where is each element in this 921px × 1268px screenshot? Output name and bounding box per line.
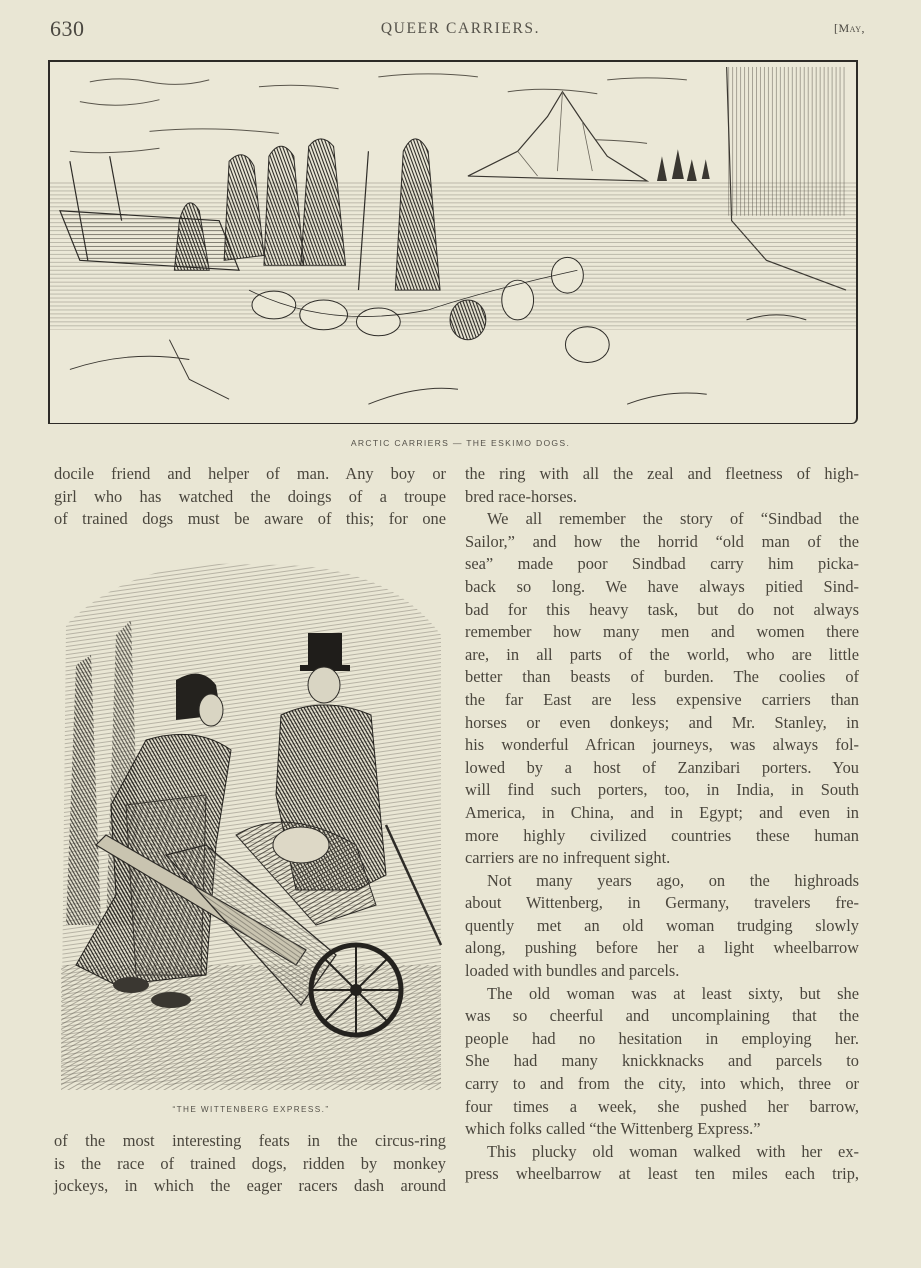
caption-wittenberg-express: “THE WITTENBERG EXPRESS.” bbox=[56, 1105, 446, 1114]
illustration-eskimo-dogs bbox=[48, 60, 858, 424]
text-line: The old woman was at least sixty, but sh… bbox=[465, 983, 859, 1006]
text-line: about Wittenberg, in Germany, travelers … bbox=[465, 892, 859, 915]
text-line: four times a week, she pushed her barrow… bbox=[465, 1096, 859, 1119]
text-line: carry to and from the city, into which, … bbox=[465, 1073, 859, 1096]
text-line: lowed by a host of Zanzibari porters. Yo… bbox=[465, 757, 859, 780]
text-line: of trained dogs must be aware of this; f… bbox=[54, 508, 446, 531]
text-line: better than beasts of burden. The coolie… bbox=[465, 666, 859, 689]
running-title: QUEER CARRIERS. bbox=[0, 20, 921, 38]
wittenberg-express-engraving-icon bbox=[56, 545, 446, 1097]
text-line: girl who has watched the doings of a tro… bbox=[54, 486, 446, 509]
text-line: will find such porters, too, in India, i… bbox=[465, 779, 859, 802]
text-line: She had many knickknacks and parcels to bbox=[465, 1050, 859, 1073]
text-line: We all remember the story of “Sindbad th… bbox=[465, 508, 859, 531]
text-line: America, in China, and in Egypt; and eve… bbox=[465, 802, 859, 825]
text-line: which folks called “the Wittenberg Expre… bbox=[465, 1118, 859, 1141]
text-line: the ring with all the zeal and fleetness… bbox=[465, 463, 859, 486]
text-line: quently met an old woman trudging slowly bbox=[465, 915, 859, 938]
text-line: the far East are less expensive carriers… bbox=[465, 689, 859, 712]
left-column-top: docile friend and helper of man. Any boy… bbox=[54, 463, 446, 531]
eskimo-dogs-engraving-icon bbox=[50, 62, 856, 423]
text-line: bad for this heavy task, but do not alwa… bbox=[465, 599, 859, 622]
text-line: are, in all parts of the world, who are … bbox=[465, 644, 859, 667]
right-column: the ring with all the zeal and fleetness… bbox=[465, 463, 859, 1186]
illustration-wittenberg-express bbox=[56, 545, 446, 1097]
text-line: people had no hesitation in employing he… bbox=[465, 1028, 859, 1051]
running-head: 630 QUEER CARRIERS. [May, bbox=[0, 14, 921, 44]
issue-month: [May, bbox=[834, 21, 865, 36]
text-line: Sailor,” and how the horrid “old man of … bbox=[465, 531, 859, 554]
text-line: more highly civilized countries these hu… bbox=[465, 825, 859, 848]
text-line: press wheelbarrow at least ten miles eac… bbox=[465, 1163, 859, 1186]
text-line: is the race of trained dogs, ridden by m… bbox=[54, 1153, 446, 1176]
text-line: remember how many men and women there bbox=[465, 621, 859, 644]
text-line: sea” made poor Sindbad carry him picka- bbox=[465, 553, 859, 576]
caption-eskimo-dogs: ARCTIC CARRIERS — THE ESKIMO DOGS. bbox=[0, 438, 921, 448]
text-line: Not many years ago, on the highroads bbox=[465, 870, 859, 893]
text-line: This plucky old woman walked with her ex… bbox=[465, 1141, 859, 1164]
text-line: back so long. We have always pitied Sind… bbox=[465, 576, 859, 599]
text-line: horses or even donkeys; and Mr. Stanley,… bbox=[465, 712, 859, 735]
text-line: docile friend and helper of man. Any boy… bbox=[54, 463, 446, 486]
text-line: jockeys, in which the eager racers dash … bbox=[54, 1175, 446, 1198]
text-line: of the most interesting feats in the cir… bbox=[54, 1130, 446, 1153]
text-line: bred race-horses. bbox=[465, 486, 859, 509]
text-line: loaded with bundles and parcels. bbox=[465, 960, 859, 983]
left-column-bottom: of the most interesting feats in the cir… bbox=[54, 1130, 446, 1198]
book-page: 630 QUEER CARRIERS. [May, bbox=[0, 0, 921, 1268]
text-line: carriers are no infrequent sight. bbox=[465, 847, 859, 870]
text-line: his wonderful African journeys, was alwa… bbox=[465, 734, 859, 757]
text-line: was so cheerful and uncomplaining that t… bbox=[465, 1005, 859, 1028]
text-line: along, pushing before her a light wheelb… bbox=[465, 937, 859, 960]
